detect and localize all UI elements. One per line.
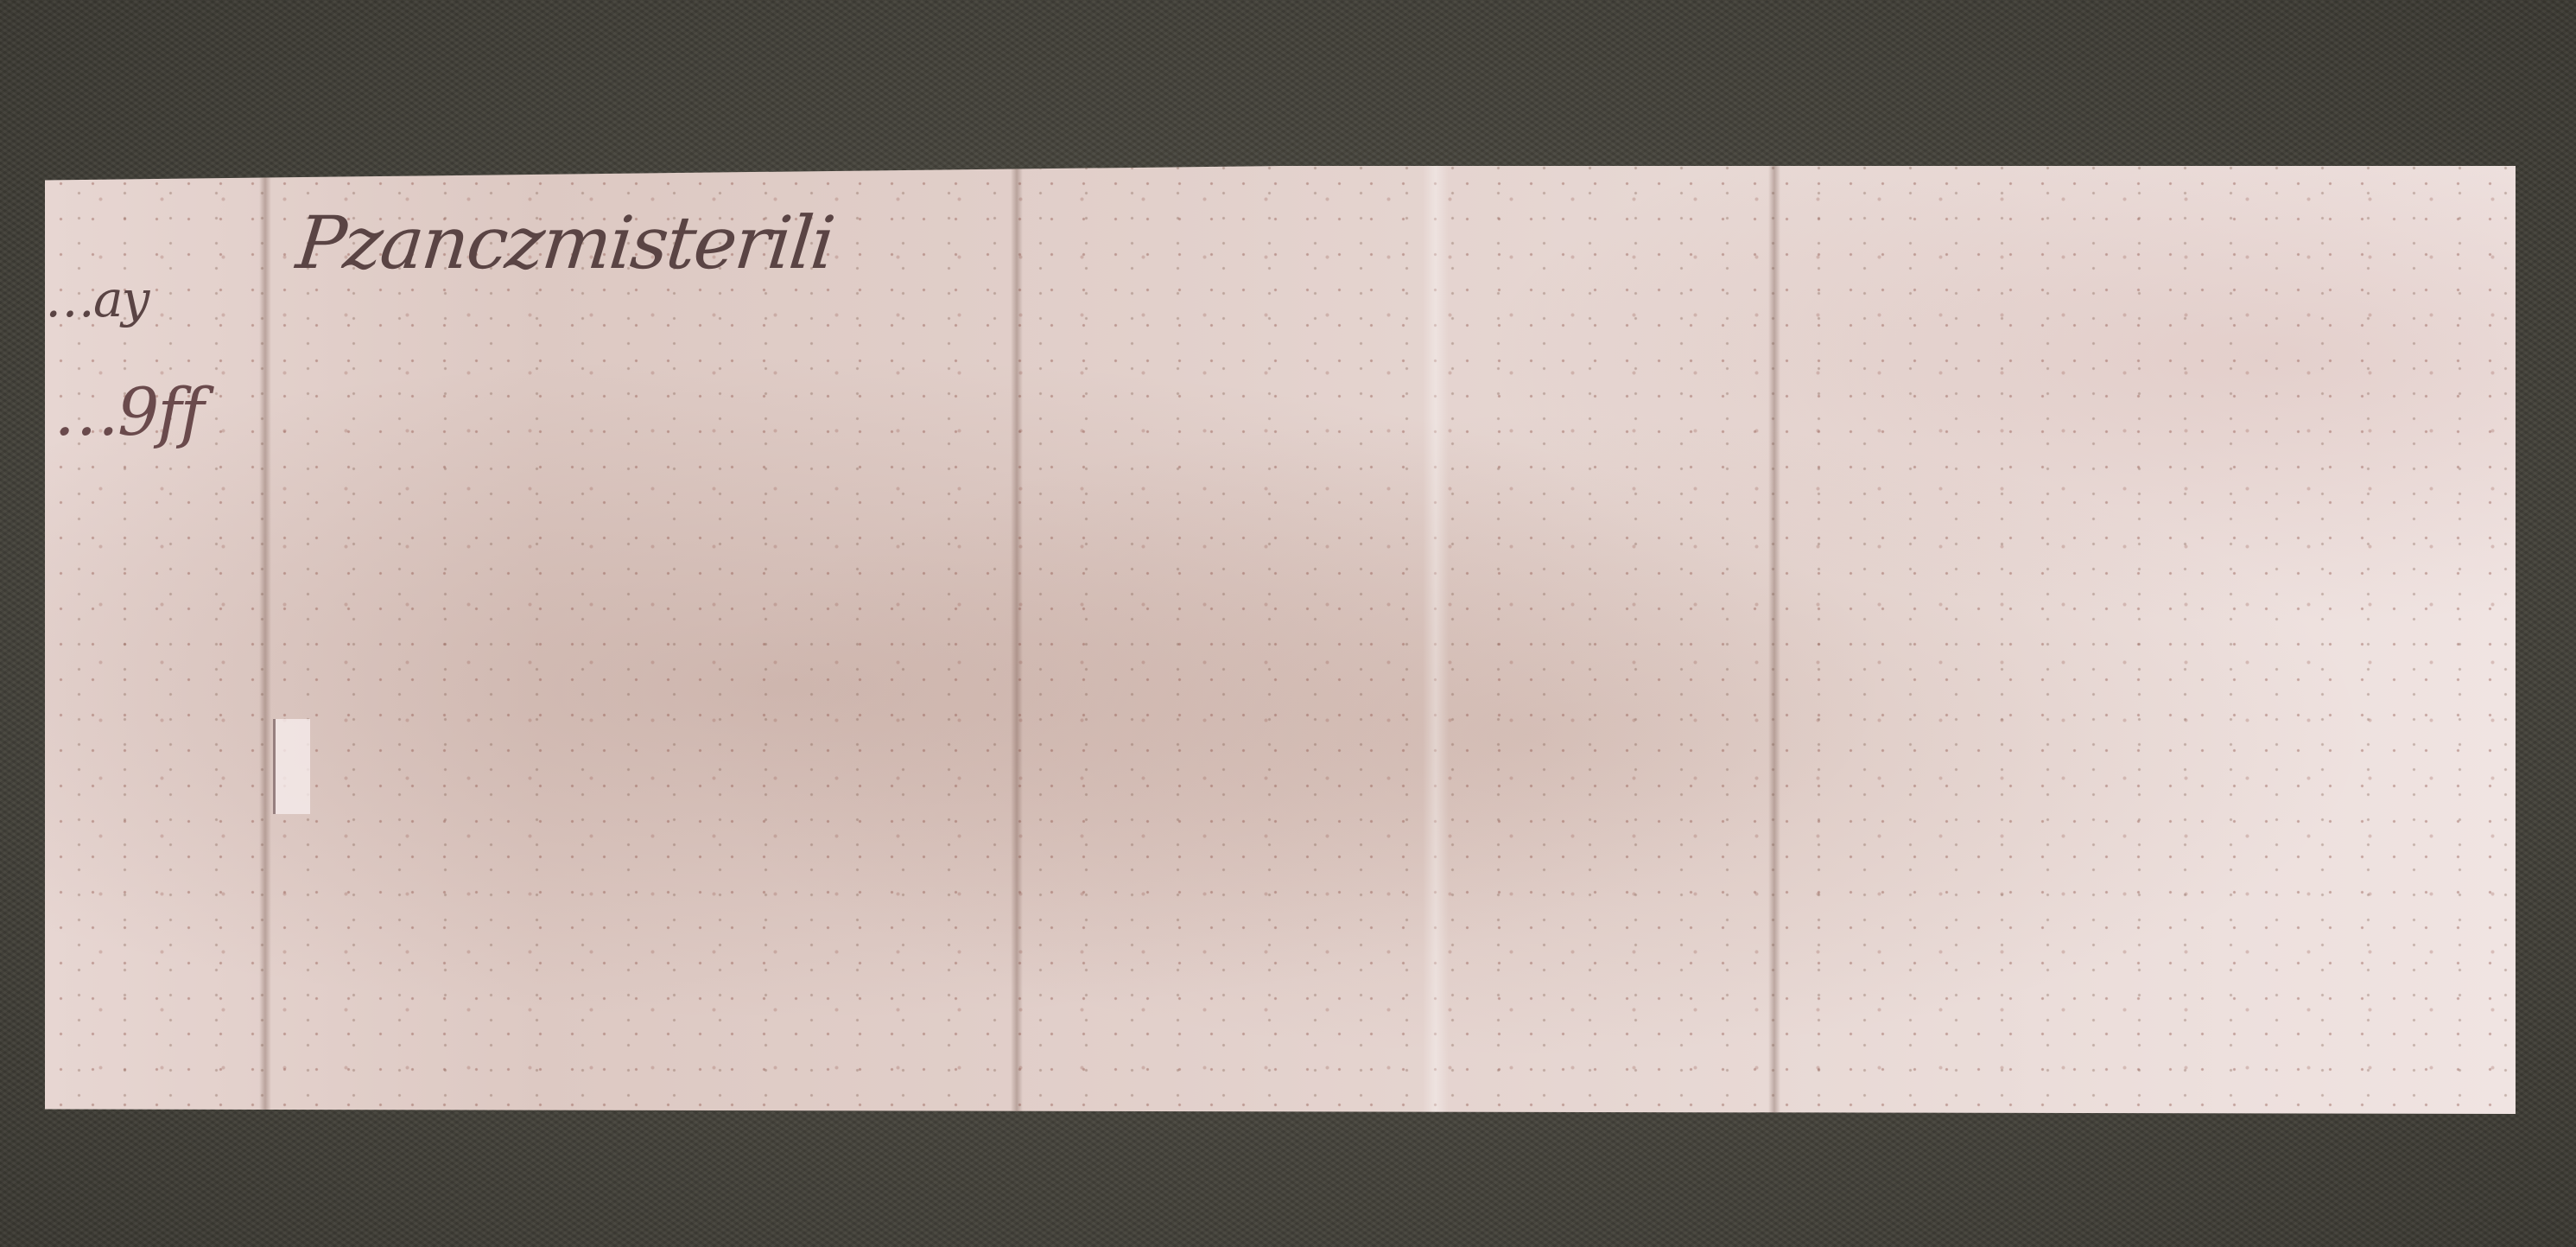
fold-crease xyxy=(259,166,271,1114)
handwritten-inscription: Pzanczmisterili xyxy=(293,200,837,285)
edge-fragment-2: …9ff xyxy=(54,373,203,450)
fold-crease xyxy=(1423,166,1449,1114)
edge-fragment-1: …ay xyxy=(45,270,148,328)
paper-document: …ay …9ff Pzanczmisterili xyxy=(45,166,2516,1114)
fold-crease xyxy=(1768,166,1780,1114)
paper-tear xyxy=(273,719,310,814)
foxing-speckles xyxy=(45,166,2516,1114)
fold-crease xyxy=(1011,166,1023,1114)
